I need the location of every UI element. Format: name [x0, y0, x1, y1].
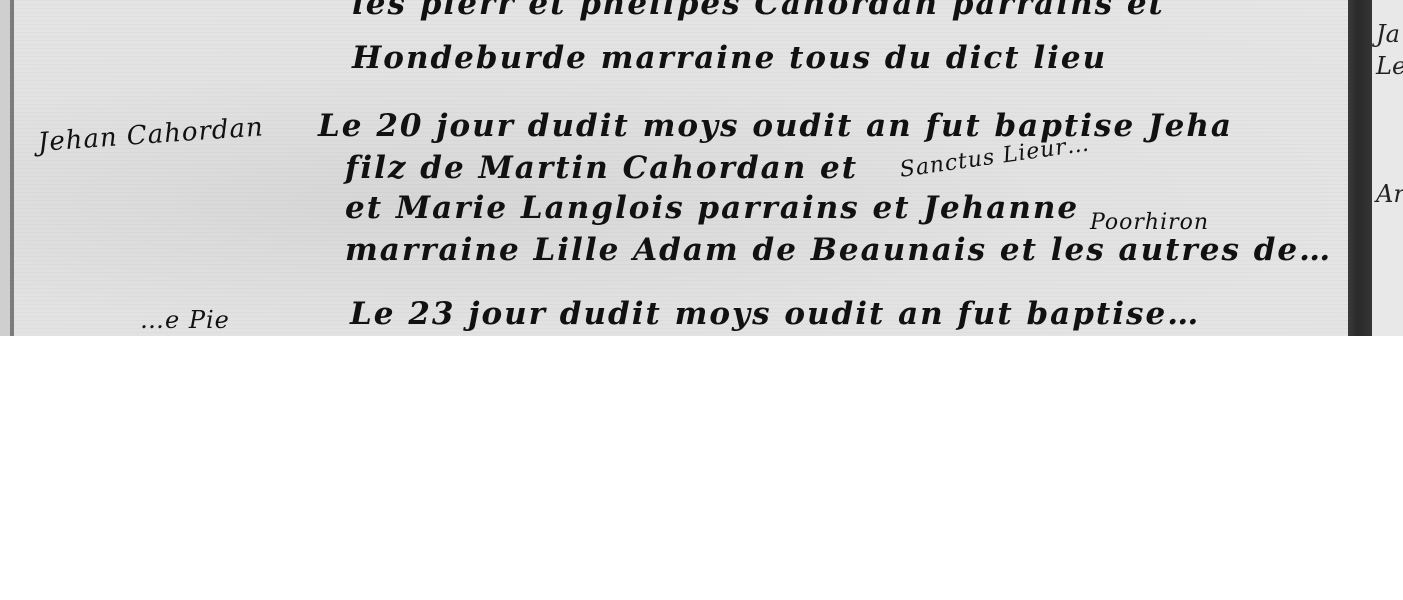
text-line-1: les pierr et phelipes Cahordan parrains …	[352, 0, 1165, 22]
text-line-4: filz de Martin Cahordan et	[345, 150, 858, 186]
edge-fragment-1: Ja	[1376, 20, 1400, 48]
edge-fragment-2: Le	[1376, 52, 1403, 80]
page-edge	[0, 0, 10, 336]
text-line-7: Le 23 jour dudit moys oudit an fut bapti…	[350, 296, 1200, 332]
blank-area	[0, 336, 1403, 600]
edge-fragment-3: Ar	[1376, 180, 1403, 208]
text-line-5: et Marie Langlois parrains et Jehanne	[345, 190, 1079, 226]
adjacent-page	[1372, 0, 1403, 336]
margin-rule	[10, 0, 14, 336]
document-scan: Jehan Cahordan …e Pie les pierr et pheli…	[0, 0, 1403, 336]
text-line-3: Le 20 jour dudit moys oudit an fut bapti…	[318, 108, 1233, 144]
margin-name-note: Jehan Cahordan	[37, 112, 265, 158]
binding-bar	[1348, 0, 1372, 336]
text-line-2: Hondeburde marraine tous du dict lieu	[352, 40, 1107, 76]
interlinear-note-2: Poorhiron	[1090, 210, 1209, 235]
margin-note-bottom: …e Pie	[140, 306, 230, 334]
text-line-6: marraine Lille Adam de Beaunais et les a…	[345, 232, 1332, 268]
